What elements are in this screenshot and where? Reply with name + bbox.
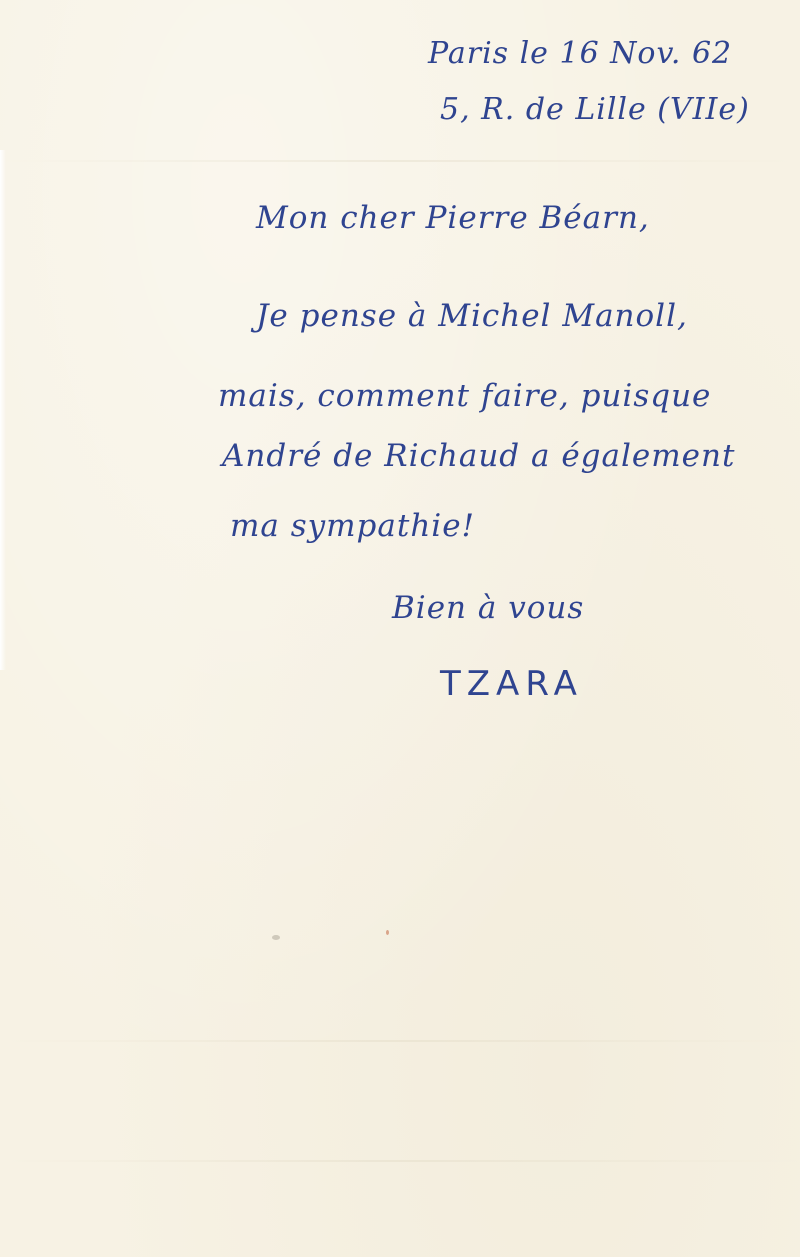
- address-line: 5, R. de Lille (VIIe): [440, 92, 750, 127]
- body-line: ma sympathie!: [230, 508, 475, 544]
- body-line: mais, comment faire, puisque: [218, 378, 711, 414]
- paper-fold: [0, 160, 800, 162]
- salutation: Mon cher Pierre Béarn,: [256, 200, 650, 236]
- paper-spot: [386, 930, 389, 935]
- date-line: Paris le 16 Nov. 62: [428, 36, 732, 71]
- paper-fold: [0, 1040, 800, 1042]
- signature: TZARA: [440, 664, 583, 704]
- torn-edge: [0, 150, 6, 670]
- paper-fold: [0, 1160, 800, 1162]
- body-line: André de Richaud a également: [222, 438, 735, 474]
- letter-page: Paris le 16 Nov. 62 5, R. de Lille (VIIe…: [0, 0, 800, 1257]
- paper-spot: [272, 935, 280, 940]
- body-line: Je pense à Michel Manoll,: [256, 298, 688, 334]
- closing: Bien à vous: [392, 590, 584, 626]
